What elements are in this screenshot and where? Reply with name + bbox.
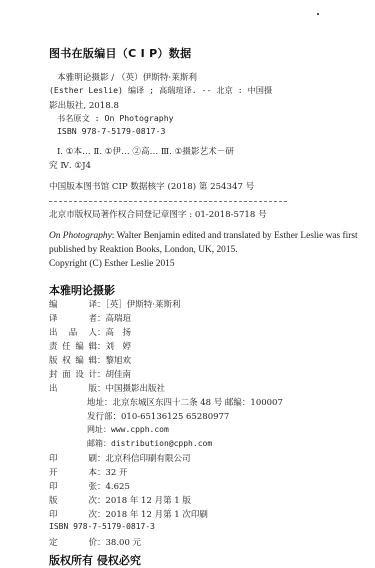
print-value: 北京科信印刷有限公司 [106, 454, 191, 464]
credit-row: 版权编辑：黎旭欢 [49, 354, 131, 366]
publisher-email: 邮箱：distribution@cpph.com [87, 438, 212, 449]
print-row: 版 次：2018 年 12 月第 1 版 [49, 494, 191, 506]
credit-label: 责任编辑 [49, 340, 97, 352]
colon: ： [97, 300, 106, 310]
colon: ： [97, 496, 106, 506]
credit-value: 高瑞瑄 [106, 314, 132, 324]
cip-subjects-1: Ⅰ. ①本… Ⅱ. ①伊… ②高… Ⅲ. ①摄影艺术－研 [57, 145, 234, 157]
print-label: 印 张 [49, 480, 97, 492]
credit-row: 译 者：高瑞瑄 [49, 312, 131, 324]
credit-label: 出 版 [49, 382, 97, 394]
page-mark [317, 13, 319, 15]
cip-line-3: 影出版社, 2018.8 [49, 99, 119, 111]
price-row: 定 价：38.00 元 [49, 536, 141, 548]
colon: ： [97, 314, 106, 324]
credit-value: 中国摄影出版社 [106, 384, 166, 394]
cip-line-2: (Esther Leslie) 编译 ; 高瑞瑄译. -- 北京 : 中国摄 [49, 85, 272, 96]
colon: ： [97, 510, 106, 520]
print-value: 2018 年 12 月第 1 次印刷 [106, 510, 208, 520]
credit-label: 出 品 人 [49, 326, 97, 338]
credit-value: 胡佳南 [106, 370, 132, 380]
colon: ： [97, 468, 106, 478]
print-row: 印 张：4.625 [49, 480, 130, 492]
publisher-distribution: 发行部：010-65136125 65280977 [87, 410, 229, 422]
isbn-bottom: ISBN 978-7-5179-0817-3 [49, 522, 155, 531]
print-label: 版 次 [49, 494, 97, 506]
rights-notice: 版权所有 侵权必究 [49, 552, 141, 568]
publisher-address: 地址：北京东城区东四十二条 48 号 邮编：100007 [87, 396, 283, 408]
colon: ： [97, 328, 106, 338]
english-line-2: published by Reaktion Books, London, UK,… [49, 245, 238, 255]
price-label: 定 价 [49, 536, 97, 548]
credit-row: 封面设计：胡佳南 [49, 368, 131, 380]
credit-label: 版权编辑 [49, 354, 97, 366]
colon: ： [97, 356, 106, 366]
credit-label: 编 译 [49, 298, 97, 310]
divider-dashed [49, 201, 287, 202]
publisher-website: 网址：www.cpph.com [87, 424, 169, 435]
print-row: 印 次：2018 年 12 月第 1 次印刷 [49, 508, 208, 520]
print-value: 2018 年 12 月第 1 版 [106, 496, 191, 506]
book-title: 本雅明论摄影 [49, 282, 115, 298]
credit-value: 刘 婷 [106, 342, 132, 352]
cip-heading: 图书在版编目（C I P）数据 [49, 45, 191, 61]
cip-original-title: 书名原文 : On Photography [57, 113, 174, 124]
credit-row: 出 版：中国摄影出版社 [49, 382, 165, 394]
colon: ： [97, 538, 106, 548]
credit-row: 编 译：［英］伊斯特·莱斯利 [49, 298, 180, 310]
cip-core-number: 中国版本图书馆 CIP 数据核字 (2018) 第 254347 号 [49, 180, 254, 192]
credit-value: 高 扬 [106, 328, 132, 338]
credit-value: ［英］伊斯特·莱斯利 [106, 300, 181, 310]
english-line-1: On Photography: Walter Benjamin edited a… [49, 231, 358, 241]
english-line-3: Copyright (C) Esther Leslie 2015 [49, 259, 175, 269]
cip-line-1: 本雅明论摄影 / （英）伊斯特·莱斯利 [57, 71, 197, 83]
copyright-registration: 北京市版权局著作权合同登记章图字 : 01-2018-5718 号 [49, 208, 267, 220]
price-value: 38.00 元 [106, 538, 142, 548]
credit-label: 封面设计 [49, 368, 97, 380]
print-row: 印 刷：北京科信印刷有限公司 [49, 452, 191, 464]
colon: ： [97, 454, 106, 464]
print-label: 印 次 [49, 508, 97, 520]
cip-subjects-2: 究 Ⅳ. ①J4 [49, 159, 91, 171]
cip-isbn: ISBN 978-7-5179-0817-3 [57, 126, 165, 136]
english-title: On Photography [49, 231, 112, 241]
print-value: 32 开 [106, 468, 128, 478]
colon: ： [97, 370, 106, 380]
colon: ： [97, 384, 106, 394]
colon: ： [97, 482, 106, 492]
credit-row: 责任编辑：刘 婷 [49, 340, 131, 352]
english-line-1-rest: : Walter Benjamin edited and translated … [112, 231, 358, 241]
colon: ： [97, 342, 106, 352]
print-row: 开 本：32 开 [49, 466, 128, 478]
print-label: 开 本 [49, 466, 97, 478]
print-value: 4.625 [106, 482, 130, 492]
credit-value: 黎旭欢 [106, 356, 132, 366]
credit-label: 译 者 [49, 312, 97, 324]
print-label: 印 刷 [49, 452, 97, 464]
credit-row: 出 品 人：高 扬 [49, 326, 131, 338]
